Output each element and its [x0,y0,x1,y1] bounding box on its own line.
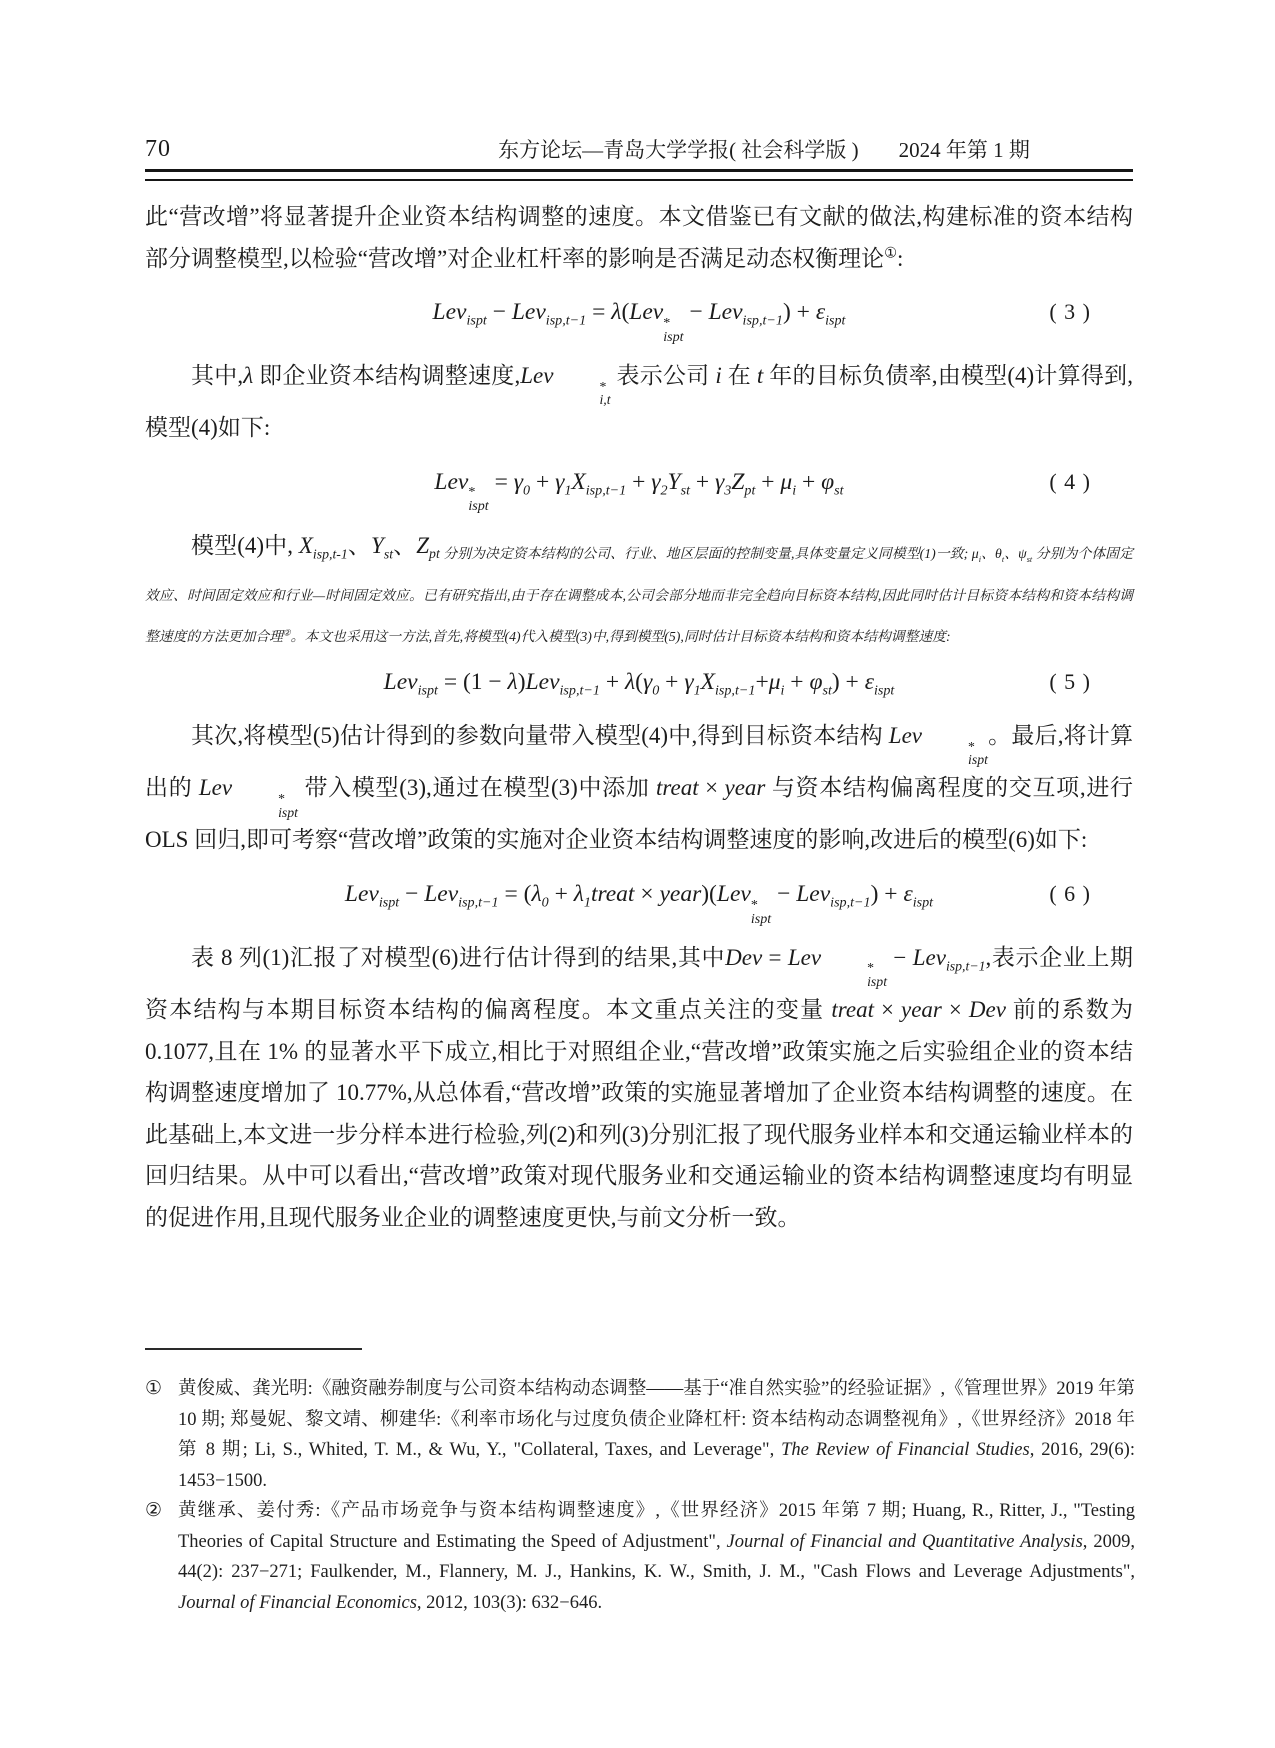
equation-4-number: ( 4 ) [1049,460,1091,504]
journal-page: 70 东方论坛—青岛大学学报( 社会科学版 )2024 年第 1 期 此“营改增… [0,0,1275,1748]
footnote-1: ① 黄俊威、龚光明:《融资融券制度与公司资本结构动态调整——基于“准自然实验”的… [145,1374,1135,1496]
equation-6-number: ( 6 ) [1049,872,1091,916]
footnote-1-text: 黄俊威、龚光明:《融资融券制度与公司资本结构动态调整——基于“准自然实验”的经验… [178,1374,1135,1496]
equation-4: Lev*ispt = γ0 + γ1Xisp,t−1 + γ2Yst + γ3Z… [145,460,1133,514]
page-number: 70 [145,136,171,163]
page-header: 70 东方论坛—青岛大学学报( 社会科学版 )2024 年第 1 期 [145,134,1133,168]
issue-label: 2024 年第 1 期 [899,138,1030,162]
article-body: 此“营改增”将显著提升企业资本结构调整的速度。本文借鉴已有文献的做法,构建标准的… [145,196,1133,1238]
paragraph-5: 表 8 列(1)汇报了对模型(6)进行估计得到的结果,其中Dev = Lev*i… [145,937,1133,1238]
equation-3: Levispt − Levisp,t−1 = λ(Lev*ispt − Levi… [145,290,1133,344]
equation-6: Levispt − Levisp,t−1 = (λ0 + λ1treat × y… [145,872,1133,926]
paragraph-3: 模型(4)中, Xisp,t-1、Yst、Zpt 分别为决定资本结构的公司、行业… [145,525,1133,650]
paragraph-4: 其次,将模型(5)估计得到的参数向量带入模型(4)中,得到目标资本结构 Lev*… [145,715,1133,861]
footnotes: ① 黄俊威、龚光明:《融资融券制度与公司资本结构动态调整——基于“准自然实验”的… [145,1348,1135,1618]
journal-title: 东方论坛—青岛大学学报( 社会科学版 ) [498,138,859,162]
equation-3-formula: Levispt − Levisp,t−1 = λ(Lev*ispt − Levi… [433,299,846,325]
footnote-2-marker: ② [145,1496,178,1527]
equation-5: Levispt = (1 − λ)Levisp,t−1 + λ(γ0 + γ1X… [145,660,1133,704]
equation-6-formula: Levispt − Levisp,t−1 = (λ0 + λ1treat × y… [345,881,933,907]
paragraph-1: 此“营改增”将显著提升企业资本结构调整的速度。本文借鉴已有文献的做法,构建标准的… [145,196,1133,279]
footnote-2: ② 黄继承、姜付秀:《产品市场竞争与资本结构调整速度》,《世界经济》2015 年… [145,1496,1135,1618]
footnote-1-marker: ① [145,1374,178,1405]
footnote-2-text: 黄继承、姜付秀:《产品市场竞争与资本结构调整速度》,《世界经济》2015 年第 … [178,1496,1135,1618]
equation-5-formula: Levispt = (1 − λ)Levisp,t−1 + λ(γ0 + γ1X… [384,669,895,695]
equation-5-number: ( 5 ) [1049,660,1091,704]
equation-4-formula: Lev*ispt = γ0 + γ1Xisp,t−1 + γ2Yst + γ3Z… [434,469,843,495]
footnote-separator [145,1348,362,1350]
equation-3-number: ( 3 ) [1049,290,1091,334]
paragraph-2: 其中,λ 即企业资本结构调整速度,Lev*i,t 表示公司 i 在 t 年的目标… [145,355,1133,449]
header-rule [145,169,1133,181]
running-head: 东方论坛—青岛大学学报( 社会科学版 )2024 年第 1 期 [145,134,1133,166]
